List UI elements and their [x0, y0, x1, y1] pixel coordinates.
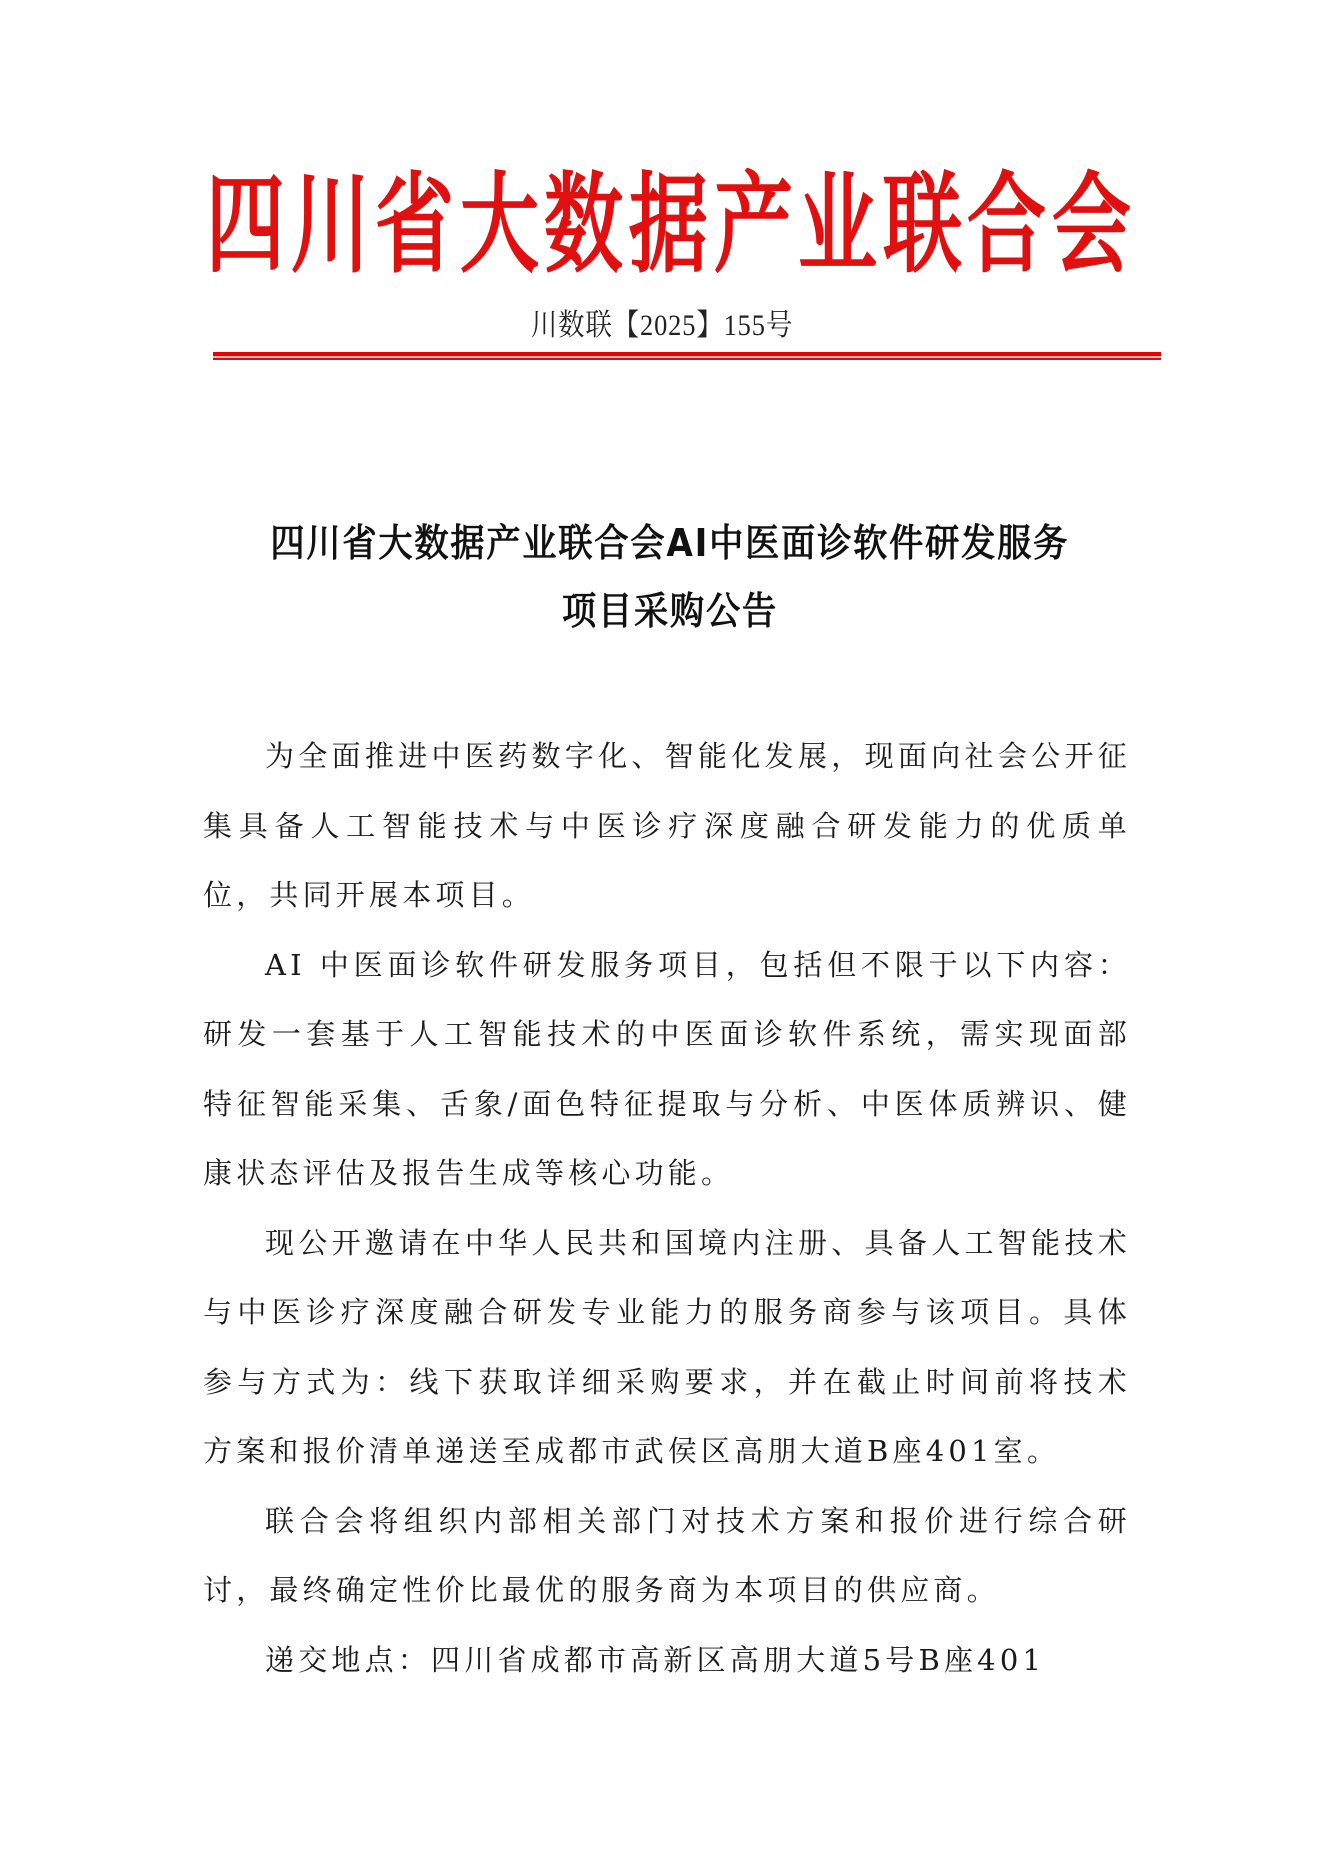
banner-char: 业 [798, 158, 870, 290]
body-paragraph-intro: 为全面推进中医药数字化、智能化发展，现面向社会公开征集具备人工智能技术与中医诊疗… [203, 722, 1131, 931]
banner-char: 省 [375, 158, 447, 290]
organization-banner: 四 川 省 大 数 据 产 业 联 合 会 [200, 168, 1130, 280]
red-header-rule [213, 352, 1161, 361]
body-paragraph-scope: AI 中医面诊软件研发服务项目，包括但不限于以下内容：研发一套基于人工智能技术的… [203, 931, 1131, 1209]
title-text-1: 四川省大数据产业联合会AI中医面诊软件研发服务 [271, 512, 1070, 567]
banner-char: 据 [629, 158, 701, 290]
body-paragraph-submission-address: 递交地点：四川省成都市高新区高朋大道5号B座401 [203, 1626, 1131, 1696]
document-number: 川数联【2025】155号 [0, 300, 1323, 344]
banner-char: 产 [713, 158, 785, 290]
banner-char: 大 [460, 158, 532, 290]
banner-char: 数 [544, 158, 616, 290]
document-number-text: 川数联【2025】155号 [530, 300, 792, 344]
document-title-line-2: 项目采购公告 [200, 580, 1140, 635]
document-body: 为全面推进中医药数字化、智能化发展，现面向社会公开征集具备人工智能技术与中医诊疗… [203, 722, 1131, 1695]
banner-char: 联 [883, 158, 955, 290]
title-text-2: 项目采购公告 [562, 580, 778, 635]
banner-char: 四 [206, 158, 278, 290]
banner-char: 川 [290, 158, 362, 290]
banner-char: 合 [967, 158, 1039, 290]
body-paragraph-invitation: 现公开邀请在中华人民共和国境内注册、具备人工智能技术与中医诊疗深度融合研发专业能… [203, 1209, 1131, 1487]
rule-thin-line [213, 358, 1161, 360]
banner-char: 会 [1052, 158, 1124, 290]
document-title-line-1: 四川省大数据产业联合会AI中医面诊软件研发服务 [200, 512, 1140, 567]
body-paragraph-evaluation: 联合会将组织内部相关部门对技术方案和报价进行综合研讨，最终确定性价比最优的服务商… [203, 1487, 1131, 1626]
document-page: 四 川 省 大 数 据 产 业 联 合 会 川数联【2025】155号 四川省大… [0, 0, 1323, 1871]
